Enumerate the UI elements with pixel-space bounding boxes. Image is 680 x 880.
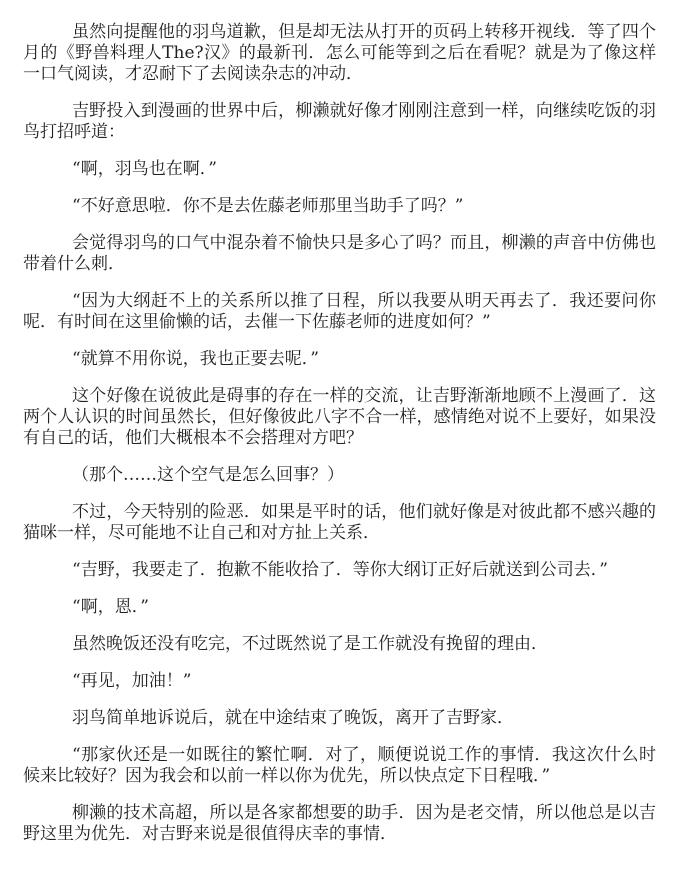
paragraph-15: 羽鸟简单地诉说后，就在中途结束了晚饭，离开了吉野家．: [23, 708, 656, 729]
paragraph-17: 柳濑的技术高超，所以是各家都想要的助手．因为是老交情，所以他总是以吉野这里为优先…: [23, 803, 656, 845]
paragraph-11: “吉野，我要走了．抱歉不能收拾了．等你大纲订正好后就送到公司去．”: [23, 560, 656, 581]
paragraph-13: 虽然晚饭还没有吃完，不过既然说了是工作就没有挽留的理由．: [23, 634, 656, 655]
paragraph-1: 虽然向提醒他的羽鸟道歉，但是却无法从打开的页码上转移开视线．等了四个月的《野兽料…: [23, 22, 656, 85]
document-page: 虽然向提醒他的羽鸟道歉，但是却无法从打开的页码上转移开视线．等了四个月的《野兽料…: [0, 0, 680, 880]
paragraph-16: “那家伙还是一如既往的繁忙啊．对了，顺便说说工作的事情．我这次什么时候来比较好？…: [23, 745, 656, 787]
paragraph-2: 吉野投入到漫画的世界中后，柳濑就好像才刚刚注意到一样，向继续吃饭的羽鸟打招呼道：: [23, 101, 656, 143]
paragraph-7: “就算不用你说，我也正要去呢．”: [23, 349, 656, 370]
paragraph-4: “不好意思啦．你不是去佐藤老师那里当助手了吗？”: [23, 196, 656, 217]
paragraph-5: 会觉得羽鸟的口气中混杂着不愉快只是多心了吗？而且，柳濑的声音中仿佛也带着什么刺．: [23, 233, 656, 275]
text-body: 虽然向提醒他的羽鸟道歉，但是却无法从打开的页码上转移开视线．等了四个月的《野兽料…: [23, 22, 656, 845]
paragraph-10: 不过，今天特别的险恶．如果是平时的话，他们就好像是对彼此都不感兴趣的猫咪一样，尽…: [23, 502, 656, 544]
paragraph-12: “啊，恩．”: [23, 597, 656, 618]
paragraph-3: “啊，羽鸟也在啊．”: [23, 159, 656, 180]
paragraph-8: 这个好像在说彼此是碍事的存在一样的交流，让吉野渐渐地顾不上漫画了．这两个人认识的…: [23, 386, 656, 449]
paragraph-6: “因为大纲赶不上的关系所以推了日程，所以我要从明天再去了．我还要问你呢．有时间在…: [23, 291, 656, 333]
paragraph-9: （那个……这个空气是怎么回事？）: [23, 465, 656, 486]
paragraph-14: “再见，加油！”: [23, 671, 656, 692]
